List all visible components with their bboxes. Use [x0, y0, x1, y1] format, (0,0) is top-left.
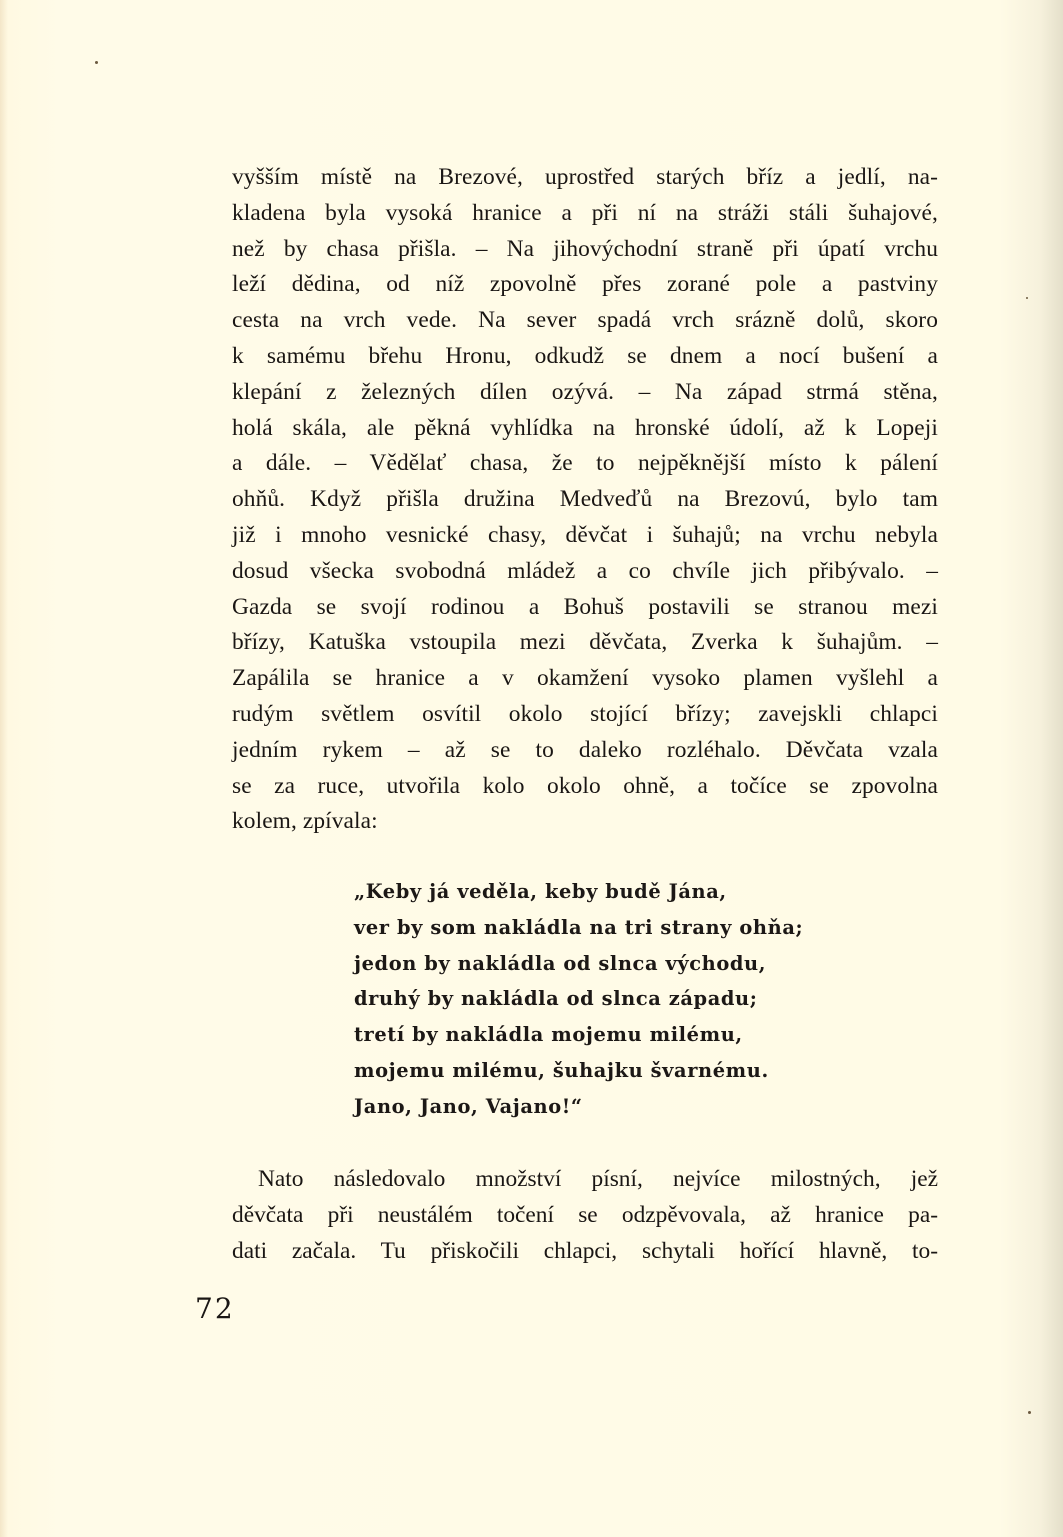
paragraph-1: vyšším místě na Brezové, uprostřed starý… [232, 160, 938, 840]
text-line: cesta na vrch vede. Na sever spadá vrch … [232, 303, 938, 339]
text-line: holá skála, ale pěkná vyhlídka na hronsk… [232, 411, 938, 447]
text-line: Gazda se svojí rodinou a Bohuš postavili… [232, 590, 938, 626]
page-number: 72 [195, 1292, 235, 1325]
text-line: než by chasa přišla. – Na jihovýchodní s… [232, 232, 938, 268]
text-line: již i mnoho vesnické chasy, děvčat i šuh… [232, 518, 938, 554]
text-line: břízy, Katuška vstoupila mezi děvčata, Z… [232, 625, 938, 661]
verse-line: ver by som nakládla na tri strany ohňa; [354, 910, 803, 946]
verse-line: druhý by nakládla od slnca západu; [354, 981, 803, 1017]
text-line: dosud všecka svobodná mládež a co chvíle… [232, 554, 938, 590]
paragraph-2: Nato následovalo množství písní, nejvíce… [232, 1162, 938, 1269]
text-line: a dále. – Vědělať chasa, že to nejpěkněj… [232, 446, 938, 482]
text-line: ohňů. Když přišla družina Medveďů na Bre… [232, 482, 938, 518]
paper-speck [95, 61, 98, 64]
text-line: kladena byla vysoká hranice a při ní na … [232, 196, 938, 232]
text-line: Zapálila se hranice a v okamžení vysoko … [232, 661, 938, 697]
verse-line: „Keby já veděla, keby budě Jána, [354, 874, 803, 910]
verse-line: Jano, Jano, Vajano!“ [354, 1089, 803, 1125]
text-line: leží dědina, od níž zpovolně přes zorané… [232, 267, 938, 303]
text-line: rudým světlem osvítil okolo stojící bříz… [232, 697, 938, 733]
song-verse: „Keby já veděla, keby budě Jána, ver by … [354, 874, 803, 1125]
verse-line: mojemu milému, šuhajku švarnému. [354, 1053, 803, 1089]
verse-line: tretí by nakládla mojemu milému, [354, 1017, 803, 1053]
text-line: vyšším místě na Brezové, uprostřed starý… [232, 160, 938, 196]
paper-speck [1026, 297, 1028, 299]
text-line: Nato následovalo množství písní, nejvíce… [232, 1162, 938, 1198]
text-line: klepání z železných dílen ozývá. – Na zá… [232, 375, 938, 411]
text-line: k samému břehu Hronu, odkudž se dnem a n… [232, 339, 938, 375]
text-line: dati začala. Tu přiskočili chlapci, schy… [232, 1234, 938, 1270]
paper-speck [1028, 1411, 1031, 1414]
text-line: jedním rykem – až se to daleko rozléhalo… [232, 733, 938, 769]
text-line: se za ruce, utvořila kolo okolo ohně, a … [232, 769, 938, 805]
text-line: děvčata při neustálém točení se odzpěvov… [232, 1198, 938, 1234]
book-page: vyšším místě na Brezové, uprostřed starý… [0, 0, 1063, 1537]
text-line: kolem, zpívala: [232, 804, 938, 840]
verse-line: jedon by nakládla od slnca východu, [354, 946, 803, 982]
